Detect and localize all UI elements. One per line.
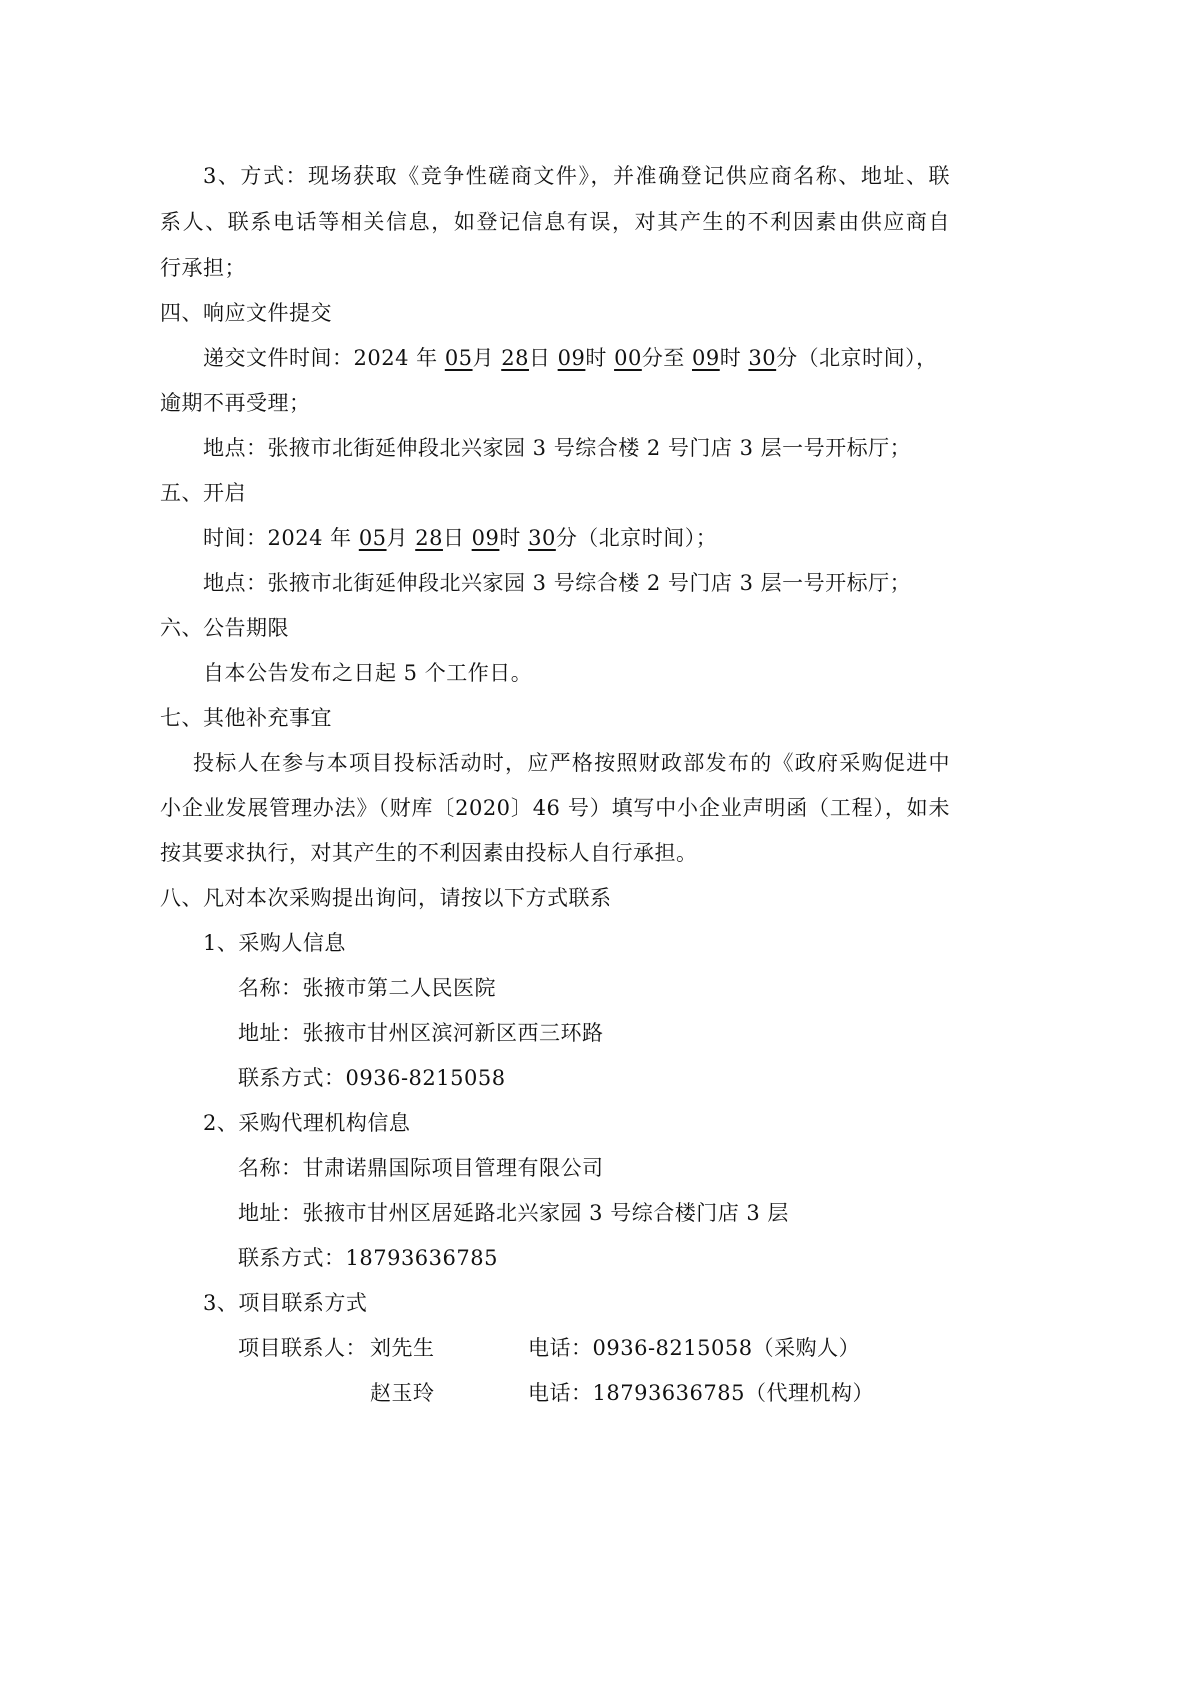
agency-address: 地址：张掖市甘州区居延路北兴家园 3 号综合楼门店 3 层 bbox=[238, 1198, 789, 1228]
day-unit: 日 bbox=[443, 526, 465, 550]
hour-end-value: 09 bbox=[692, 346, 720, 370]
hour-unit: 时 bbox=[585, 346, 607, 370]
opening-location: 地点：张掖市北街延伸段北兴家园 3 号综合楼 2 号门店 3 层一号开标厅； bbox=[203, 568, 911, 598]
day-value: 28 bbox=[415, 526, 443, 550]
section-7-heading: 七、其他补充事宜 bbox=[160, 703, 332, 733]
section-5-heading: 五、开启 bbox=[160, 478, 246, 508]
month-unit: 月 bbox=[473, 346, 495, 370]
agency-contact: 联系方式：18793636785 bbox=[238, 1243, 498, 1273]
time-prefix: 递交文件时间：2024 年 bbox=[203, 346, 438, 370]
section-8-heading: 八、凡对本次采购提出询问，请按以下方式联系 bbox=[160, 883, 612, 913]
agency-name: 名称：甘肃诺鼎国际项目管理有限公司 bbox=[238, 1153, 604, 1183]
purchaser-heading: 1、采购人信息 bbox=[203, 928, 346, 958]
submission-time: 递交文件时间：2024 年 05月 28日 09时 00分至 09时 30分（北… bbox=[203, 343, 938, 373]
hour-start-value: 09 bbox=[558, 346, 586, 370]
contact-person-phone: 电话：0936-8215058（采购人） bbox=[528, 1333, 860, 1363]
hour-unit: 时 bbox=[720, 346, 742, 370]
section-4-heading: 四、响应文件提交 bbox=[160, 298, 332, 328]
purchaser-name: 名称：张掖市第二人民医院 bbox=[238, 973, 496, 1003]
day-unit: 日 bbox=[529, 346, 551, 370]
section-6-heading: 六、公告期限 bbox=[160, 613, 289, 643]
day-value: 28 bbox=[501, 346, 529, 370]
minute-end-value: 30 bbox=[748, 346, 776, 370]
minute-start-value: 00 bbox=[614, 346, 642, 370]
late-submission-note: 逾期不再受理； bbox=[160, 388, 311, 418]
minute-value: 30 bbox=[528, 526, 556, 550]
project-contact-heading: 3、项目联系方式 bbox=[203, 1288, 367, 1318]
method-line-2: 系人、联系电话等相关信息，如登记信息有误，对其产生的不利因素由供应商自 bbox=[160, 207, 950, 237]
contact-person-name: 赵玉玲 bbox=[370, 1378, 435, 1408]
minute-unit-to: 分至 bbox=[642, 346, 685, 370]
document-page: 3、方式：现场获取《竞争性磋商文件》，并准确登记供应商名称、地址、联 系人、联系… bbox=[0, 0, 1191, 1684]
contact-person-name: 刘先生 bbox=[370, 1333, 435, 1363]
purchaser-contact: 联系方式：0936-8215058 bbox=[238, 1063, 506, 1093]
supplementary-line-2: 小企业发展管理办法》（财库〔2020〕46 号）填写中小企业声明函（工程），如未 bbox=[160, 793, 950, 823]
method-line-1: 3、方式：现场获取《竞争性磋商文件》，并准确登记供应商名称、地址、联 bbox=[203, 161, 950, 191]
contact-person-phone: 电话：18793636785（代理机构） bbox=[528, 1378, 874, 1408]
time-prefix: 时间：2024 年 bbox=[203, 526, 352, 550]
purchaser-address: 地址：张掖市甘州区滨河新区西三环路 bbox=[238, 1018, 604, 1048]
supplementary-line-1: 投标人在参与本项目投标活动时，应严格按照财政部发布的《政府采购促进中 bbox=[193, 748, 950, 778]
minute-unit: 分（北京时间）； bbox=[556, 526, 718, 550]
project-contact-label: 项目联系人： bbox=[238, 1333, 367, 1363]
hour-value: 09 bbox=[472, 526, 500, 550]
month-value: 05 bbox=[445, 346, 473, 370]
month-value: 05 bbox=[359, 526, 387, 550]
agency-heading: 2、采购代理机构信息 bbox=[203, 1108, 410, 1138]
announcement-period: 自本公告发布之日起 5 个工作日。 bbox=[203, 658, 532, 688]
month-unit: 月 bbox=[387, 526, 409, 550]
method-line-3: 行承担； bbox=[160, 253, 246, 283]
hour-unit: 时 bbox=[499, 526, 521, 550]
opening-time: 时间：2024 年 05月 28日 09时 30分（北京时间）； bbox=[203, 523, 717, 553]
submission-location: 地点：张掖市北街延伸段北兴家园 3 号综合楼 2 号门店 3 层一号开标厅； bbox=[203, 433, 911, 463]
minute-unit: 分（北京时间）， bbox=[776, 346, 938, 370]
supplementary-line-3: 按其要求执行，对其产生的不利因素由投标人自行承担。 bbox=[160, 838, 698, 868]
